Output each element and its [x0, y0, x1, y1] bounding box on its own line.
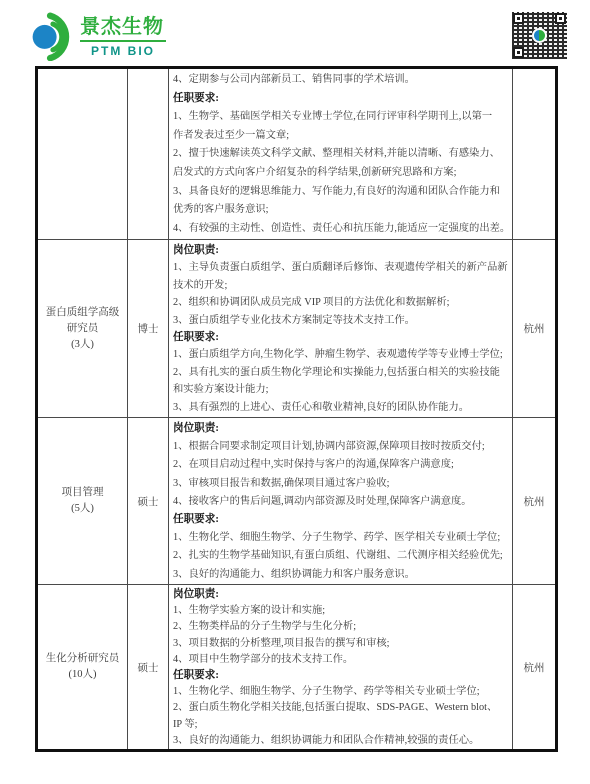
- section-heading: 岗位职责:: [173, 242, 512, 259]
- qr-code: [512, 12, 567, 59]
- table-row: 项目管理 (5人) 硕士 岗位职责:1、根据合同要求制定项目计划,协调内部资源,…: [37, 418, 557, 585]
- description-line: 3、良好的沟通能力、组织协调能力和客户服务意识。: [173, 566, 512, 584]
- description-line: 1、生物学、基础医学相关专业博士学位,在同行评审科学期刊上,以第一: [173, 108, 512, 127]
- description-line: 和实验方案设计能力;: [173, 381, 512, 398]
- description-line: 3、具有强烈的上进心、责任心和敬业精神,良好的团队协作能力。: [173, 399, 512, 416]
- logo-ball-icon: [28, 11, 76, 61]
- section-heading: 任职要求:: [173, 668, 512, 684]
- description-line: 1、生物学实验方案的设计和实施;: [173, 603, 512, 619]
- description-line: 4、接收客户的售后问题,调动内部资源及时处理,保障客户满意度。: [173, 493, 512, 511]
- description-cell: 岗位职责:1、主导负责蛋白质组学、蛋白质翻译后修饰、表观遗传学相关的新产品新技术…: [169, 240, 513, 418]
- description-line: 1、蛋白质组学方向,生物化学、肿瘤生物学、表观遗传学等专业博士学位;: [173, 346, 512, 363]
- position-cell: [37, 68, 128, 240]
- description-line: 3、具备良好的逻辑思维能力、写作能力,有良好的沟通和团队合作能力和: [173, 183, 512, 202]
- description-line: 2、组织和协调团队成员完成 VIP 项目的方法优化和数据解析;: [173, 294, 512, 311]
- position-cell: 项目管理 (5人): [37, 418, 128, 585]
- description-line: 优秀的客户服务意识;: [173, 201, 512, 220]
- qr-finder-top-left-icon: [513, 13, 524, 24]
- table-row: 4、定期参与公司内部新员工、销售同事的学术培训。任职要求:1、生物学、基础医学相…: [37, 68, 557, 240]
- position-cell: 生化分析研究员 (10人): [37, 585, 128, 751]
- description-line: 2、擅于快速解读英文科学文献、整理相关材料,并能以清晰、有感染力、: [173, 145, 512, 164]
- description-line: 4、项目中生物学部分的技术支持工作。: [173, 652, 512, 668]
- description-line: 技术的开发;: [173, 277, 512, 294]
- table-row: 蛋白质组学高级 研究员 (3人) 博士 岗位职责:1、主导负责蛋白质组学、蛋白质…: [37, 240, 557, 418]
- location-cell: 杭州: [513, 240, 557, 418]
- company-name-en: PTM BIO: [80, 44, 166, 58]
- description-cell: 4、定期参与公司内部新员工、销售同事的学术培训。任职要求:1、生物学、基础医学相…: [169, 68, 513, 240]
- description-line: 2、在项目启动过程中,实时保持与客户的沟通,保障客户满意度;: [173, 456, 512, 474]
- description-line: 1、生物化学、细胞生物学、分子生物学、药学、医学相关专业硕士学位;: [173, 529, 512, 547]
- description-line: IP 等;: [173, 717, 512, 733]
- position-cell: 蛋白质组学高级 研究员 (3人): [37, 240, 128, 418]
- page-header: 景杰生物 PTM BIO: [0, 0, 590, 66]
- description-line: 1、主导负责蛋白质组学、蛋白质翻译后修饰、表观遗传学相关的新产品新: [173, 259, 512, 276]
- description-line: 1、根据合同要求制定项目计划,协调内部资源,保障项目按时按质交付;: [173, 438, 512, 456]
- location-cell: 杭州: [513, 585, 557, 751]
- description-line: 3、蛋白质组学专业化技术方案制定等技术支持工作。: [173, 312, 512, 329]
- description-line: 2、生物类样品的分子生物学与生化分析;: [173, 619, 512, 635]
- section-heading: 任职要求:: [173, 90, 512, 109]
- section-heading: 任职要求:: [173, 511, 512, 529]
- description-cell: 岗位职责:1、生物学实验方案的设计和实施;2、生物类样品的分子生物学与生化分析;…: [169, 585, 513, 751]
- description-line: 2、具有扎实的蛋白质生物化学理论和实操能力,包括蛋白相关的实验技能: [173, 364, 512, 381]
- degree-cell: 硕士: [128, 585, 169, 751]
- description-line: 1、生物化学、细胞生物学、分子生物学、药学等相关专业硕士学位;: [173, 684, 512, 700]
- logo-text-block: 景杰生物 PTM BIO: [80, 15, 166, 58]
- section-heading: 岗位职责:: [173, 587, 512, 603]
- qr-center-logo-icon: [532, 28, 547, 43]
- degree-cell: 博士: [128, 240, 169, 418]
- company-logo: 景杰生物 PTM BIO: [28, 11, 166, 61]
- description-cell: 岗位职责:1、根据合同要求制定项目计划,协调内部资源,保障项目按时按质交付;2、…: [169, 418, 513, 585]
- section-heading: 任职要求:: [173, 329, 512, 346]
- description-line: 3、良好的沟通能力、组织协调能力和团队合作精神,较强的责任心。: [173, 733, 512, 749]
- location-cell: [513, 68, 557, 240]
- location-cell: 杭州: [513, 418, 557, 585]
- qr-finder-top-right-icon: [555, 13, 566, 24]
- description-line: 3、审核项目报告和数据,确保项目通过客户验收;: [173, 475, 512, 493]
- degree-cell: [128, 68, 169, 240]
- description-line: 作者发表过至少一篇文章;: [173, 127, 512, 146]
- section-heading: 岗位职责:: [173, 420, 512, 438]
- description-line: 启发式的方式向客户介绍复杂的科学结果,创新研究思路和方案;: [173, 164, 512, 183]
- jobs-table: 4、定期参与公司内部新员工、销售同事的学术培训。任职要求:1、生物学、基础医学相…: [35, 66, 558, 752]
- description-line: 2、扎实的生物学基础知识,有蛋白质组、代谢组、二代测序相关经验优先;: [173, 547, 512, 565]
- degree-cell: 硕士: [128, 418, 169, 585]
- description-line: 4、定期参与公司内部新员工、销售同事的学术培训。: [173, 71, 512, 90]
- logo-divider: [80, 40, 166, 42]
- company-name-cn: 景杰生物: [80, 15, 166, 39]
- description-line: 4、有较强的主动性、创造性、责任心和抗压能力,能适应一定强度的出差。: [173, 220, 512, 239]
- qr-finder-bottom-left-icon: [513, 47, 524, 58]
- description-line: 2、蛋白质生物化学相关技能,包括蛋白提取、SDS-PAGE、Western bl…: [173, 700, 512, 716]
- description-line: 3、项目数据的分析整理,项目报告的撰写和审核;: [173, 636, 512, 652]
- table-row: 生化分析研究员 (10人) 硕士 岗位职责:1、生物学实验方案的设计和实施;2、…: [37, 585, 557, 751]
